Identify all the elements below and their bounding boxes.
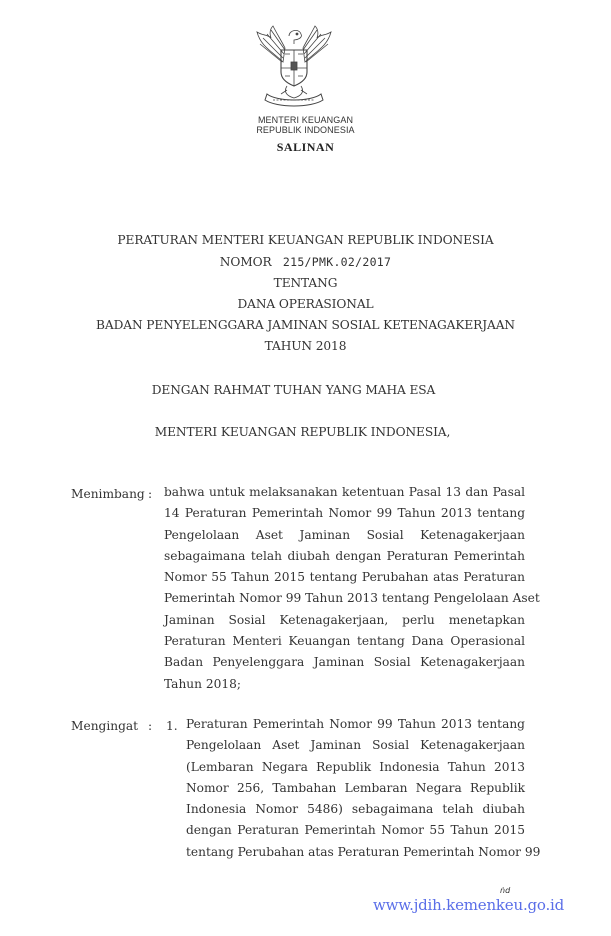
regulation-title: PERATURAN MENTERI KEUANGAN REPUBLIK INDO…	[0, 233, 611, 247]
regulation-number: NOMOR 215/PMK.02/2017	[0, 255, 611, 269]
mengingat-item-number: 1.	[166, 719, 178, 733]
text-line: Tahun 2018;	[164, 674, 525, 695]
mengingat-label: Mengingat	[71, 719, 138, 733]
menimbang-colon: :	[148, 487, 152, 501]
text-line: Indonesia Nomor 5486) sebagaimana telah …	[186, 799, 525, 820]
ministry-name-line1: MENTERI KEUANGAN	[0, 115, 611, 125]
text-line: 14 Peraturan Pemerintah Nomor 99 Tahun 2…	[164, 503, 525, 524]
text-line: Pengelolaan Aset Jaminan Sosial Ketenaga…	[186, 735, 525, 756]
ministry-name-line2: REPUBLIK INDONESIA	[0, 125, 611, 135]
authority: MENTERI KEUANGAN REPUBLIK INDONESIA,	[0, 425, 608, 439]
subject-line2: BADAN PENYELENGGARA JAMINAN SOSIAL KETEN…	[0, 318, 611, 332]
copy-label: SALINAN	[0, 140, 611, 155]
text-line: (Lembaran Negara Republik Indonesia Tahu…	[186, 757, 525, 778]
text-line: Pemerintah Nomor 99 Tahun 2013 tentang P…	[164, 588, 525, 609]
nomor-value: 215/PMK.02/2017	[283, 255, 391, 269]
nomor-label: NOMOR	[220, 255, 272, 269]
text-line: Peraturan Pemerintah Nomor 99 Tahun 2013…	[186, 714, 525, 735]
invocation: DENGAN RAHMAT TUHAN YANG MAHA ESA	[0, 383, 599, 397]
menimbang-label: Menimbang	[71, 487, 145, 501]
subject-year: TAHUN 2018	[0, 339, 611, 353]
text-line: tentang Perubahan atas Peraturan Pemerin…	[186, 842, 525, 863]
text-line: sebagaimana telah diubah dengan Peratura…	[164, 546, 525, 567]
text-line: Nomor 256, Tambahan Lembaran Negara Repu…	[186, 778, 525, 799]
text-line: Peraturan Menteri Keuangan tentang Dana …	[164, 631, 525, 652]
garuda-emblem-icon	[253, 22, 335, 112]
jdih-website-link[interactable]: www.jdih.kemenkeu.go.id	[373, 896, 564, 914]
text-line: bahwa untuk melaksanakan ketentuan Pasal…	[164, 482, 525, 503]
tentang-label: TENTANG	[0, 276, 611, 290]
text-line: dengan Peraturan Pemerintah Nomor 55 Tah…	[186, 820, 525, 841]
text-line: Badan Penyelenggara Jaminan Sosial Keten…	[164, 652, 525, 673]
text-line: Jaminan Sosial Ketenagakerjaan, perlu me…	[164, 610, 525, 631]
subject-line1: DANA OPERASIONAL	[0, 297, 611, 311]
paraf-mark: ṅd	[500, 886, 510, 895]
menimbang-text: bahwa untuk melaksanakan ketentuan Pasal…	[164, 482, 525, 695]
text-line: Pengelolaan Aset Jaminan Sosial Ketenaga…	[164, 525, 525, 546]
mengingat-item-text: Peraturan Pemerintah Nomor 99 Tahun 2013…	[186, 714, 525, 863]
text-line: Nomor 55 Tahun 2015 tentang Perubahan at…	[164, 567, 525, 588]
mengingat-colon: :	[148, 719, 152, 733]
